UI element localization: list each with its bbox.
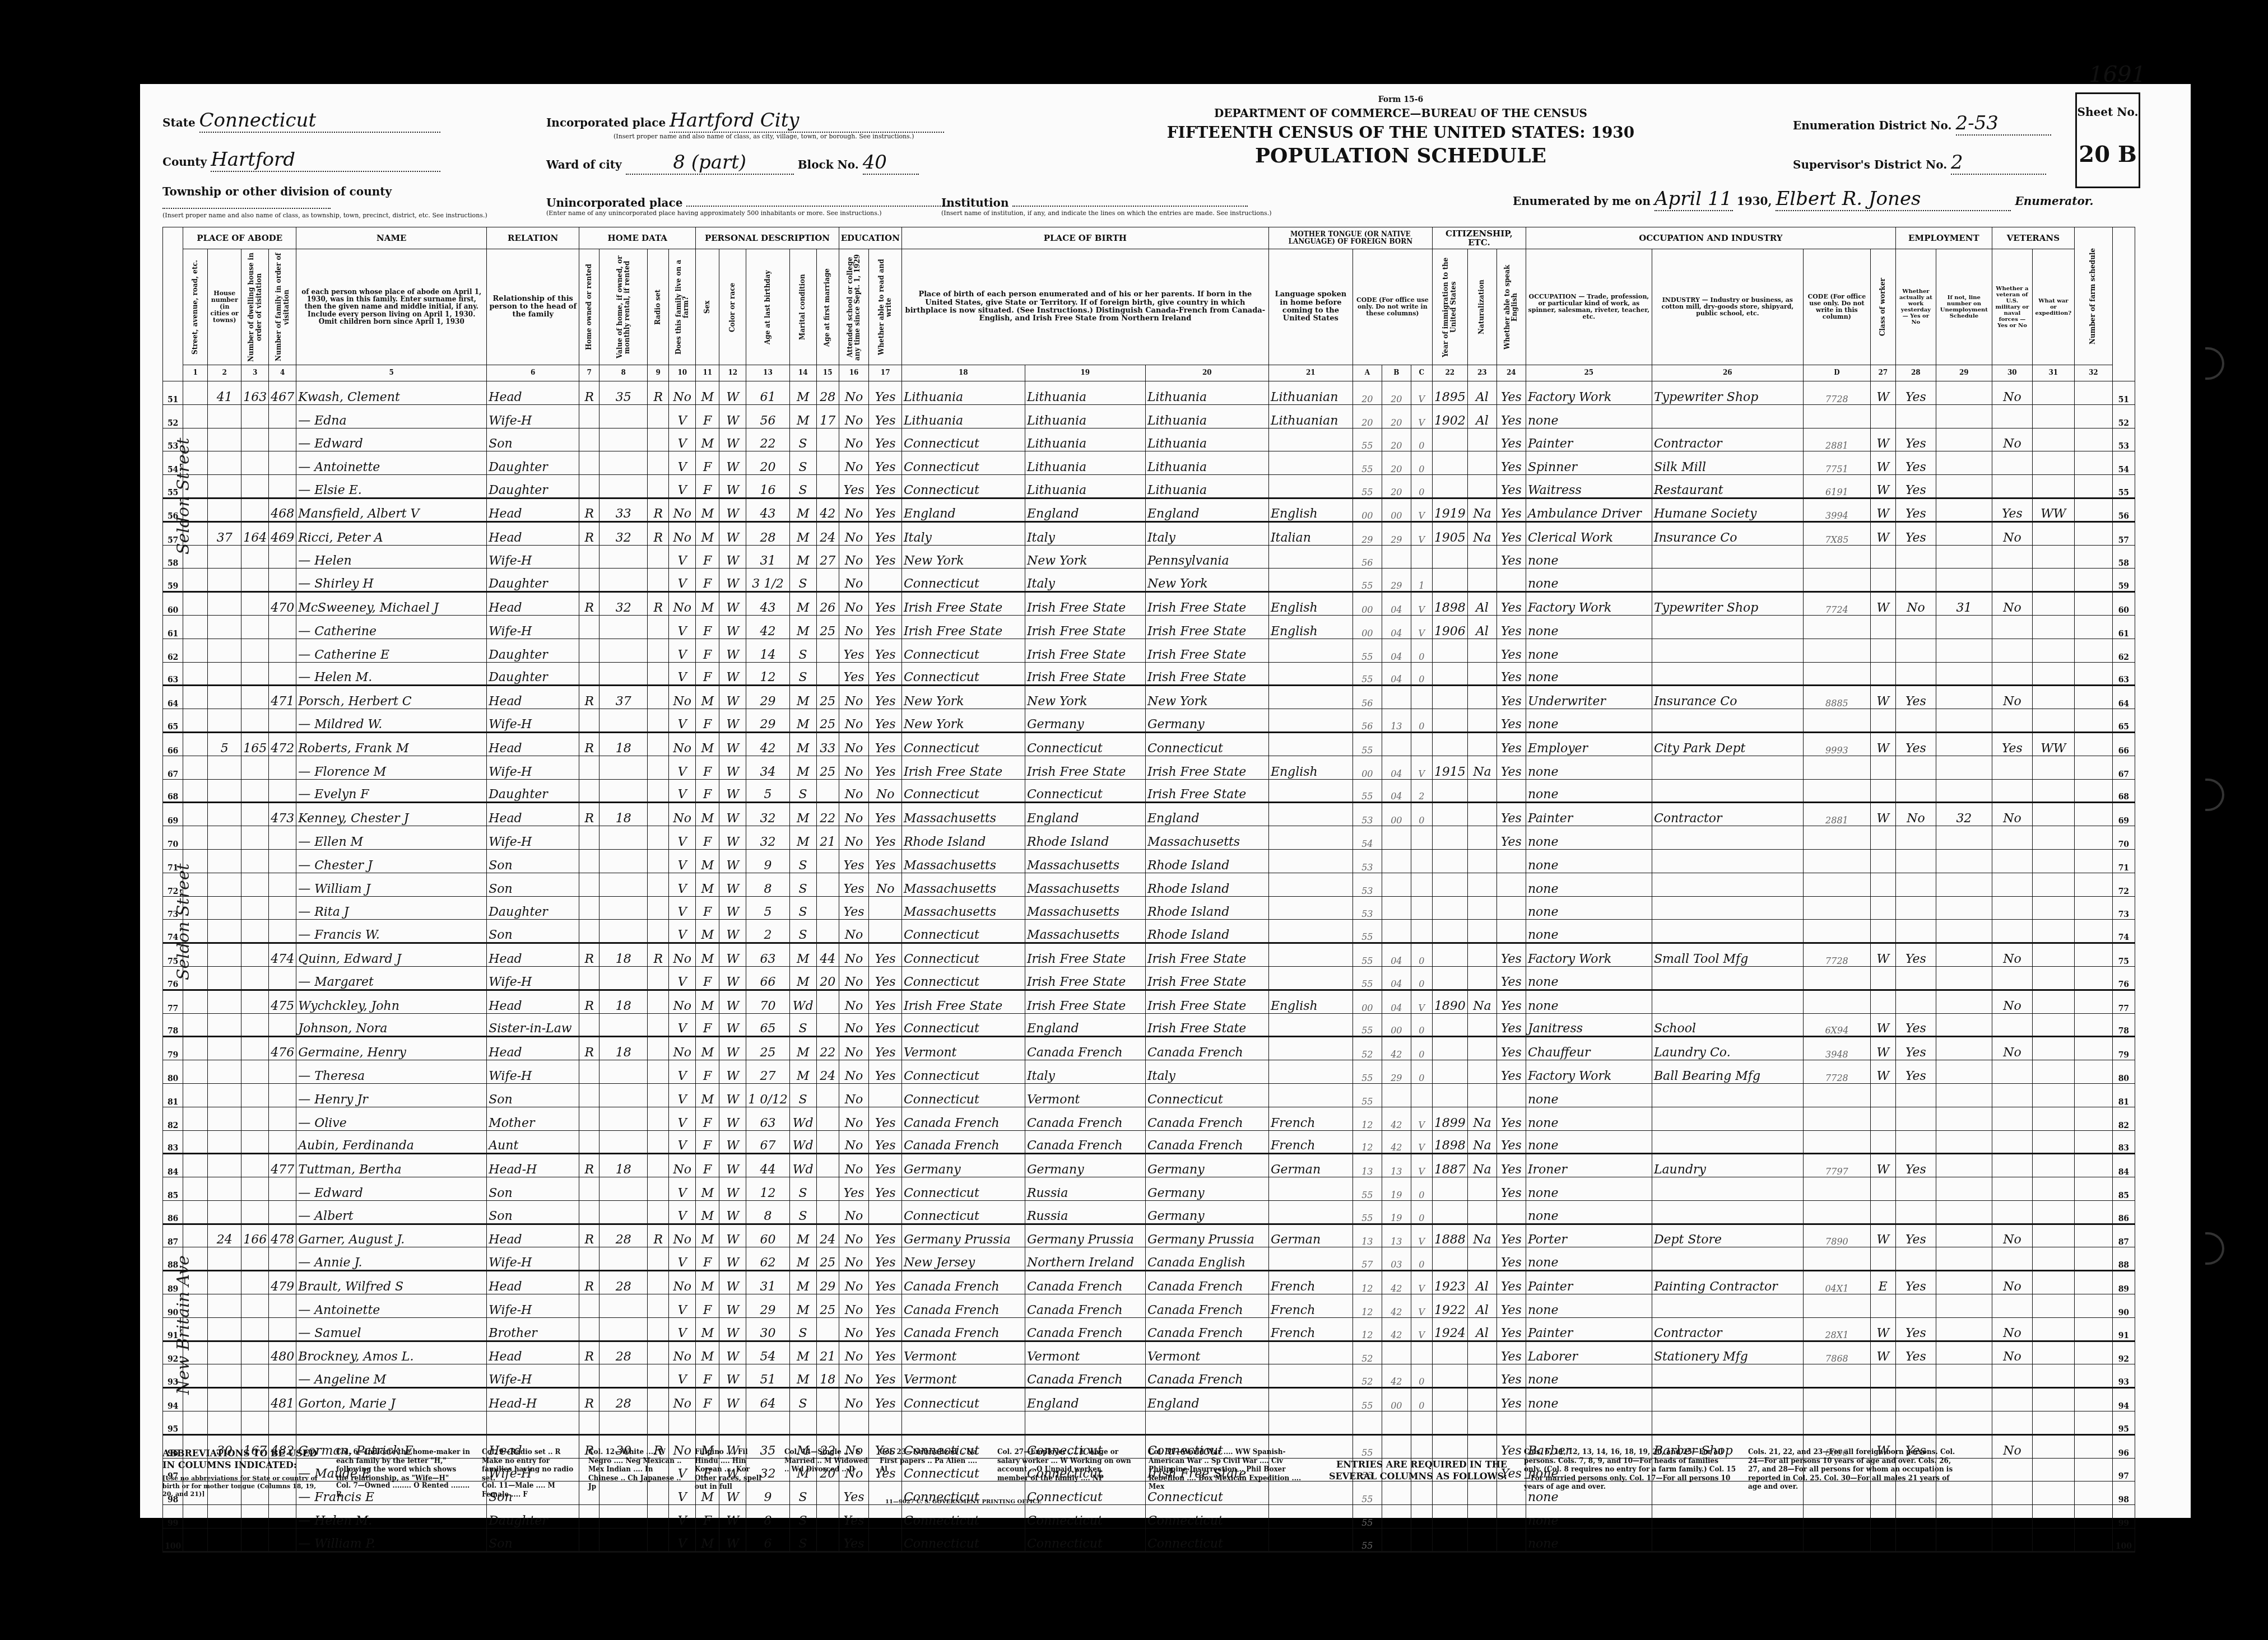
cell-name: — Helen — [296, 545, 487, 569]
cell-code — [1803, 920, 1870, 943]
cell-radio — [648, 1271, 669, 1294]
cell-read: Yes — [869, 756, 901, 779]
cell-nat — [1467, 545, 1496, 569]
cell-owned: R — [579, 686, 599, 709]
cell-war — [2032, 662, 2074, 686]
cell-father: Irish Free State — [1025, 966, 1145, 990]
cell-industry — [1652, 404, 1803, 428]
cell-age-marr — [816, 849, 839, 873]
cell-house — [208, 1130, 241, 1154]
cell-class: W — [1870, 686, 1895, 709]
cell-father — [1025, 1411, 1145, 1435]
cell-industry — [1652, 920, 1803, 943]
cell-radio — [648, 545, 669, 569]
line-number-right: 90 — [2112, 1294, 2135, 1318]
cell-english: Yes — [1496, 943, 1526, 967]
cell-mother: England — [1145, 803, 1268, 826]
cell-radio — [648, 709, 669, 733]
cell-ca: 55 — [1353, 1200, 1382, 1224]
cell-house — [208, 639, 241, 662]
cell-dwelling — [241, 896, 269, 920]
cell-cc — [1411, 1083, 1432, 1107]
cell-street — [183, 1294, 208, 1318]
cell-occupation: Underwriter — [1526, 686, 1652, 709]
cell-immig — [1432, 428, 1467, 451]
cell-father: Canada French — [1025, 1271, 1145, 1294]
cell-value — [599, 1411, 648, 1435]
enumeration-date-field: Enumerated by me on April 11 1930, Elber… — [1513, 188, 2093, 211]
cell-vet: No — [1992, 803, 2032, 826]
cell-work — [1895, 1364, 1936, 1388]
cell-read: Yes — [869, 1294, 901, 1318]
cell-age-marr: 24 — [816, 521, 839, 545]
cell-farm: No — [669, 498, 696, 521]
cell-unemp — [1936, 545, 1992, 569]
cell-name: — Theresa — [296, 1060, 487, 1084]
cell-farm: No — [669, 592, 696, 616]
cell-cb: 13 — [1382, 1224, 1411, 1247]
cell-farm-sched — [2074, 1200, 2112, 1224]
cell-dwelling — [241, 873, 269, 896]
cell-read: Yes — [869, 686, 901, 709]
cell-ca: 53 — [1353, 873, 1382, 896]
cell-dwelling — [241, 1154, 269, 1177]
cell-read: No — [869, 779, 901, 803]
cell-dwelling — [241, 1013, 269, 1037]
cell-farm: No — [669, 381, 696, 405]
cell-ca: 55 — [1353, 1529, 1382, 1552]
cell-cc: 0 — [1411, 662, 1432, 686]
cell-work: Yes — [1895, 381, 1936, 405]
cell-radio — [648, 404, 669, 428]
cell-value — [599, 615, 648, 639]
cell-ca: 00 — [1353, 615, 1382, 639]
cell-cc: V — [1411, 1317, 1432, 1341]
cell-work — [1895, 639, 1936, 662]
cell-ca: 53 — [1353, 849, 1382, 873]
cell-farm-sched — [2074, 451, 2112, 475]
cell-read: Yes — [869, 1341, 901, 1364]
cell-street — [183, 779, 208, 803]
cell-house — [208, 498, 241, 521]
cell-age: 9 — [746, 849, 789, 873]
cell-ca: 12 — [1353, 1294, 1382, 1318]
cell-nat: Na — [1467, 1224, 1496, 1247]
cell-ca: 55 — [1353, 569, 1382, 592]
cell-family — [269, 1060, 296, 1084]
cell-birth: Irish Free State — [901, 592, 1025, 616]
cell-birth: Germany Prussia — [901, 1224, 1025, 1247]
cell-father: Connecticut — [1025, 1529, 1145, 1552]
cell-mother: Canada English — [1145, 1247, 1268, 1271]
cell-house — [208, 1013, 241, 1037]
cell-work — [1895, 1083, 1936, 1107]
cell-industry — [1652, 545, 1803, 569]
cell-cb: 00 — [1382, 1388, 1411, 1411]
cell-age-marr — [816, 1130, 839, 1154]
cell-class — [1870, 896, 1895, 920]
cell-sex: F — [696, 1154, 719, 1177]
cell-birth: Connecticut — [901, 1013, 1025, 1037]
cell-mother: Irish Free State — [1145, 943, 1268, 967]
line-number-right: 69 — [2112, 803, 2135, 826]
cell-owned — [579, 1060, 599, 1084]
cell-father: Italy — [1025, 1060, 1145, 1084]
cell-value — [599, 1107, 648, 1130]
cell-cb: 29 — [1382, 569, 1411, 592]
cell-cc — [1411, 1341, 1432, 1364]
cell-value — [599, 966, 648, 990]
cell-cb: 29 — [1382, 1060, 1411, 1084]
cell-age-marr — [816, 569, 839, 592]
cell-read — [869, 569, 901, 592]
cell-school: No — [839, 521, 869, 545]
cell-relation: Wife-H — [487, 1060, 579, 1084]
cell-nat — [1467, 475, 1496, 498]
cell-war — [2032, 990, 2074, 1013]
cell-owned — [579, 404, 599, 428]
cell-industry: City Park Dept — [1652, 732, 1803, 756]
cell-unemp — [1936, 1060, 1992, 1084]
cell-occupation: none — [1526, 1294, 1652, 1318]
line-number-right: 59 — [2112, 569, 2135, 592]
cell-street: New Britain Ave — [183, 1224, 208, 1247]
cell-unemp — [1936, 1037, 1992, 1060]
cell-nat — [1467, 943, 1496, 967]
cell-occupation: Ironer — [1526, 1154, 1652, 1177]
cell-race: W — [719, 732, 746, 756]
cell-occupation: Factory Work — [1526, 943, 1652, 967]
cell-read: Yes — [869, 1154, 901, 1177]
cell-unemp — [1936, 498, 1992, 521]
cell-english: Yes — [1496, 966, 1526, 990]
cell-race: W — [719, 1154, 746, 1177]
cell-age-marr — [816, 662, 839, 686]
cell-value — [599, 475, 648, 498]
cell-class: W — [1870, 1060, 1895, 1084]
cell-dwelling — [241, 756, 269, 779]
cell-birth: England — [901, 498, 1025, 521]
cell-english: Yes — [1496, 475, 1526, 498]
cell-farm-sched — [2074, 686, 2112, 709]
cell-sex: M — [696, 1341, 719, 1364]
cell-lang — [1268, 920, 1353, 943]
cell-cc: V — [1411, 592, 1432, 616]
cell-age: 42 — [746, 732, 789, 756]
cell-class: W — [1870, 475, 1895, 498]
sheet-number-box: Sheet No. 20 B — [2075, 92, 2140, 188]
cell-vet — [1992, 1083, 2032, 1107]
cell-lang — [1268, 475, 1353, 498]
cell-industry — [1652, 1107, 1803, 1130]
supervisor-district-field: Supervisor's District No. 2 — [1793, 151, 2046, 175]
cell-nat — [1467, 662, 1496, 686]
cell-owned: R — [579, 592, 599, 616]
cell-vet — [1992, 896, 2032, 920]
cell-school: Yes — [839, 849, 869, 873]
cell-work — [1895, 990, 1936, 1013]
cell-war — [2032, 1271, 2074, 1294]
cell-house — [208, 920, 241, 943]
line-number: 78 — [163, 1013, 183, 1037]
cell-sex: F — [696, 1388, 719, 1411]
cell-immig: 1922 — [1432, 1294, 1467, 1318]
cell-name: Roberts, Frank M — [296, 732, 487, 756]
cell-farm: V — [669, 451, 696, 475]
cell-marital: M — [789, 1224, 816, 1247]
cell-vet: No — [1992, 943, 2032, 967]
cell-house — [208, 803, 241, 826]
cell-mother: Irish Free State — [1145, 990, 1268, 1013]
cell-lang — [1268, 1529, 1353, 1552]
cell-owned — [579, 1247, 599, 1271]
cell-father: Canada French — [1025, 1294, 1145, 1318]
cell-dwelling — [241, 1200, 269, 1224]
cell-code — [1803, 1130, 1870, 1154]
cell-school: No — [839, 592, 869, 616]
cell-school: No — [839, 404, 869, 428]
cell-father: Italy — [1025, 569, 1145, 592]
cell-code: 04X1 — [1803, 1271, 1870, 1294]
cell-class: W — [1870, 1037, 1895, 1060]
line-number: 81 — [163, 1083, 183, 1107]
cell-race: W — [719, 1271, 746, 1294]
cell-house: 37 — [208, 521, 241, 545]
cell-age-marr: 21 — [816, 826, 839, 850]
cell-lang — [1268, 1013, 1353, 1037]
cell-industry — [1652, 615, 1803, 639]
cell-read: Yes — [869, 498, 901, 521]
line-number: 59 — [163, 569, 183, 592]
cell-cc: 0 — [1411, 1247, 1432, 1271]
cell-cb — [1382, 732, 1411, 756]
cell-immig — [1432, 662, 1467, 686]
cell-industry — [1652, 1177, 1803, 1201]
cell-english: Yes — [1496, 428, 1526, 451]
cell-family — [269, 1013, 296, 1037]
cell-owned — [579, 896, 599, 920]
cell-vet: No — [1992, 990, 2032, 1013]
cell-family — [269, 896, 296, 920]
cell-mother: Canada French — [1145, 1271, 1268, 1294]
line-number-right: 79 — [2112, 1037, 2135, 1060]
cell-unemp — [1936, 381, 1992, 405]
cell-english: Yes — [1496, 1341, 1526, 1364]
cell-age: 5 — [746, 779, 789, 803]
cell-code: 2881 — [1803, 803, 1870, 826]
cell-farm: V — [669, 1177, 696, 1201]
form-title-block: Form 15-6 DEPARTMENT OF COMMERCE—BUREAU … — [1149, 95, 1653, 167]
cell-code — [1803, 966, 1870, 990]
cell-race: W — [719, 779, 746, 803]
cell-relation: Daughter — [487, 475, 579, 498]
cell-house — [208, 966, 241, 990]
cell-marital: M — [789, 1341, 816, 1364]
cell-farm-sched — [2074, 1271, 2112, 1294]
cell-occupation: Painter — [1526, 803, 1652, 826]
cell-english: Yes — [1496, 639, 1526, 662]
cell-birth: Italy — [901, 521, 1025, 545]
line-number: 62 — [163, 639, 183, 662]
cell-family — [269, 1247, 296, 1271]
cell-industry — [1652, 1411, 1803, 1435]
cell-ca: 52 — [1353, 1364, 1382, 1388]
cell-industry — [1652, 966, 1803, 990]
cell-cb: 04 — [1382, 943, 1411, 967]
cell-code — [1803, 1083, 1870, 1107]
cell-lang: Italian — [1268, 521, 1353, 545]
cell-race: W — [719, 1130, 746, 1154]
cell-vet — [1992, 1411, 2032, 1435]
cell-war — [2032, 451, 2074, 475]
cell-occupation: none — [1526, 849, 1652, 873]
cell-age: 5 — [746, 896, 789, 920]
cell-school: No — [839, 1388, 869, 1411]
cell-family — [269, 615, 296, 639]
cell-lang: French — [1268, 1317, 1353, 1341]
cell-read — [869, 1083, 901, 1107]
cell-house — [208, 1341, 241, 1364]
line-number: 100 — [163, 1529, 183, 1552]
cell-father: Rhode Island — [1025, 826, 1145, 850]
cell-farm: V — [669, 1083, 696, 1107]
cell-radio — [648, 803, 669, 826]
cell-farm-sched — [2074, 639, 2112, 662]
cell-house — [208, 896, 241, 920]
cell-work — [1895, 545, 1936, 569]
cell-farm-sched — [2074, 428, 2112, 451]
cell-nat — [1467, 709, 1496, 733]
cell-age — [746, 1411, 789, 1435]
cell-unemp — [1936, 709, 1992, 733]
cell-father: Lithuania — [1025, 475, 1145, 498]
line-number-right: 93 — [2112, 1364, 2135, 1388]
cell-house — [208, 451, 241, 475]
cell-vet — [1992, 756, 2032, 779]
cell-vet: No — [1992, 381, 2032, 405]
cell-work: Yes — [1895, 451, 1936, 475]
cell-name: — Olive — [296, 1107, 487, 1130]
cell-sex: F — [696, 545, 719, 569]
cell-school: Yes — [839, 662, 869, 686]
column-number: 9 — [648, 365, 669, 381]
cell-radio: R — [648, 1224, 669, 1247]
cell-age: 8 — [746, 873, 789, 896]
cell-cb — [1382, 849, 1411, 873]
cell-sex: F — [696, 569, 719, 592]
cell-dwelling — [241, 1364, 269, 1388]
cell-house — [208, 990, 241, 1013]
cell-family: 472 — [269, 732, 296, 756]
cell-house — [208, 1388, 241, 1411]
cell-school: No — [839, 381, 869, 405]
cell-marital: S — [789, 873, 816, 896]
cell-value — [599, 1200, 648, 1224]
cell-father: Italy — [1025, 521, 1145, 545]
table-row: 57Seldon Street37164469Ricci, Peter AHea… — [163, 521, 2135, 545]
cell-vet — [1992, 569, 2032, 592]
cell-father: Massachusetts — [1025, 873, 1145, 896]
cell-family: 469 — [269, 521, 296, 545]
cell-value — [599, 545, 648, 569]
cell-value — [599, 1529, 648, 1552]
cell-school: No — [839, 803, 869, 826]
cell-occupation: Clerical Work — [1526, 521, 1652, 545]
cell-nat: Al — [1467, 592, 1496, 616]
group-home-data: HOME DATA — [579, 227, 696, 249]
cell-farm-sched — [2074, 966, 2112, 990]
cell-owned — [579, 1177, 599, 1201]
cell-name: — Margaret — [296, 966, 487, 990]
cell-father: Germany — [1025, 1154, 1145, 1177]
cell-code — [1803, 1388, 1870, 1411]
cell-class: W — [1870, 498, 1895, 521]
state-field: State Connecticut — [162, 109, 440, 133]
cell-vet — [1992, 709, 2032, 733]
cell-sex: F — [696, 1364, 719, 1388]
cell-sex: M — [696, 803, 719, 826]
cell-age: 31 — [746, 545, 789, 569]
cell-war — [2032, 615, 2074, 639]
cell-cb: 20 — [1382, 381, 1411, 405]
cell-read: Yes — [869, 545, 901, 569]
cell-farm: V — [669, 475, 696, 498]
cell-birth: Connecticut — [901, 1177, 1025, 1201]
cell-age-marr — [816, 896, 839, 920]
cell-ca — [1353, 1411, 1382, 1435]
cell-unemp — [1936, 1130, 1992, 1154]
cell-farm-sched — [2074, 1411, 2112, 1435]
cell-vet: No — [1992, 1341, 2032, 1364]
line-number: 91 — [163, 1317, 183, 1341]
cell-street — [183, 662, 208, 686]
cell-class — [1870, 1411, 1895, 1435]
cell-marital: Wd — [789, 990, 816, 1013]
cell-owned — [579, 1107, 599, 1130]
cell-value: 32 — [599, 592, 648, 616]
cell-occupation: none — [1526, 966, 1652, 990]
cell-war — [2032, 803, 2074, 826]
cell-code: 3994 — [1803, 498, 1870, 521]
cell-name — [296, 1411, 487, 1435]
cell-class: W — [1870, 1224, 1895, 1247]
cell-father: Irish Free State — [1025, 592, 1145, 616]
cell-family: 471 — [269, 686, 296, 709]
cell-owned: R — [579, 803, 599, 826]
cell-radio — [648, 1107, 669, 1130]
cell-industry — [1652, 1529, 1803, 1552]
cell-birth: Connecticut — [901, 1083, 1025, 1107]
cell-marital: Wd — [789, 1154, 816, 1177]
cell-dwelling — [241, 1083, 269, 1107]
cell-farm: V — [669, 1317, 696, 1341]
cell-radio: R — [648, 943, 669, 967]
cell-occupation: none — [1526, 709, 1652, 733]
cell-occupation: none — [1526, 896, 1652, 920]
cell-industry — [1652, 990, 1803, 1013]
cell-ca: 00 — [1353, 756, 1382, 779]
cell-read: Yes — [869, 404, 901, 428]
cell-radio — [648, 686, 669, 709]
cell-farm: V — [669, 569, 696, 592]
cell-lang — [1268, 686, 1353, 709]
cell-lang — [1268, 1341, 1353, 1364]
cell-age-marr — [816, 1154, 839, 1177]
cell-relation: Head-H — [487, 1154, 579, 1177]
cell-relation: Son — [487, 1177, 579, 1201]
cell-nat: Na — [1467, 756, 1496, 779]
cell-race: W — [719, 475, 746, 498]
